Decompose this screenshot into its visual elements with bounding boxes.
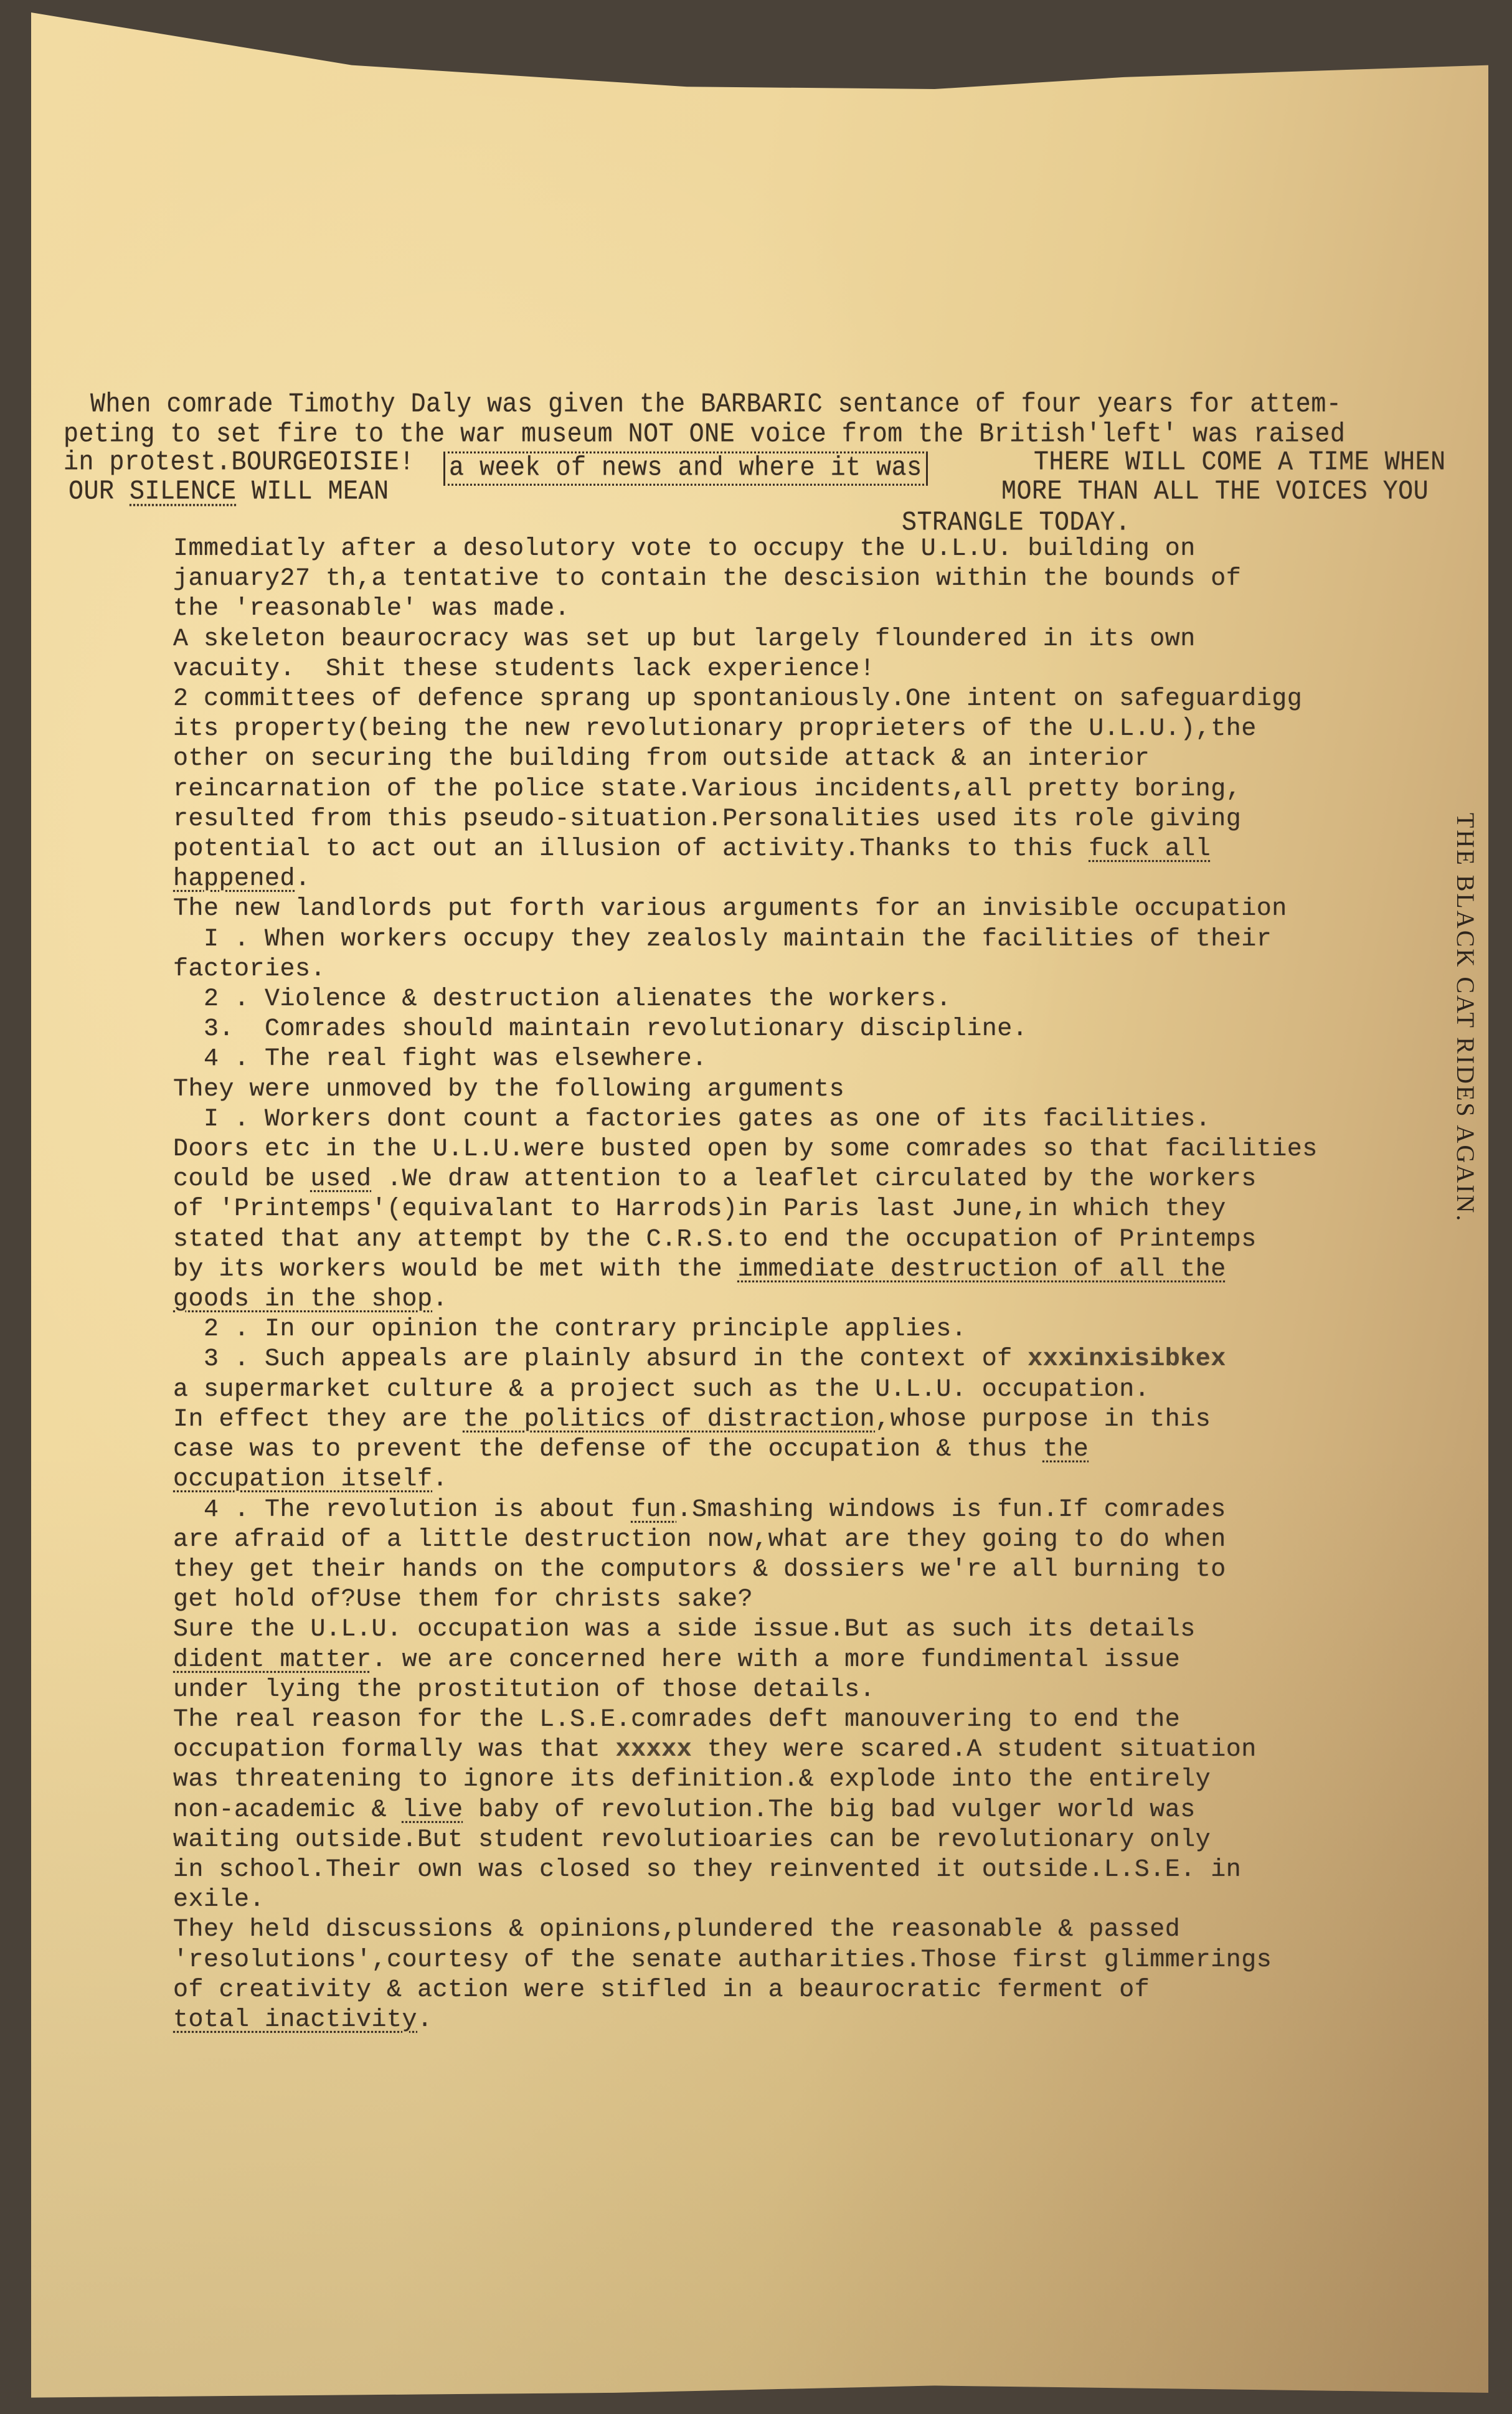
line-text: factories. <box>173 955 326 983</box>
text-line: they get their hands on the computors & … <box>173 1555 1318 1585</box>
header-line-1: When comrade Timothy Daly was given the … <box>90 389 1341 422</box>
line-text: A skeleton beaurocracy was set up but la… <box>173 625 1196 653</box>
text-line: In effect they are the politics of distr… <box>173 1405 1318 1435</box>
line-text: vacuity. Shit these students lack experi… <box>173 655 875 683</box>
line-text: a supermarket culture & a project such a… <box>173 1376 1150 1404</box>
header-line-3-right: THERE WILL COME A TIME WHEN <box>1034 447 1446 480</box>
text-line: They held discussions & opinions,plunder… <box>173 1915 1318 1945</box>
line-text: are afraid of a little destruction now,w… <box>173 1526 1226 1554</box>
line-text: january27 th,a tentative to contain the … <box>173 565 1241 593</box>
text-line: a supermarket culture & a project such a… <box>173 1375 1318 1405</box>
text-line: dident matter. we are concerned here wit… <box>173 1645 1318 1675</box>
text-line: They were unmoved by the following argum… <box>173 1075 1318 1105</box>
text-line: in school.Their own was closed so they r… <box>173 1855 1318 1885</box>
text-line: factories. <box>173 955 1318 985</box>
line-text: other on securing the building from outs… <box>173 745 1150 773</box>
text-line: get hold of?Use them for christs sake? <box>173 1585 1318 1615</box>
text-line: could be used .We draw attention to a le… <box>173 1165 1318 1195</box>
text-line: by its workers would be met with the imm… <box>173 1255 1318 1285</box>
text-line: 3. Comrades should maintain revolutionar… <box>173 1015 1318 1044</box>
line-text: get hold of?Use them for christs sake? <box>173 1586 753 1614</box>
text-line: its property(being the new revolutionary… <box>173 714 1318 744</box>
text-line: 3 . Such appeals are plainly absurd in t… <box>173 1345 1318 1375</box>
line-text: I . Workers dont count a factories gates… <box>173 1105 1211 1134</box>
line-text: . <box>295 865 311 893</box>
text-line: vacuity. Shit these students lack experi… <box>173 655 1318 684</box>
line-text: exile. <box>173 1886 265 1914</box>
text-line: of creativity & action were stifled in a… <box>173 1976 1318 2005</box>
line-text: was threatening to ignore its definition… <box>173 1766 1211 1794</box>
line-text: 2 committees of defence sprang up sponta… <box>173 685 1302 713</box>
text-line: stated that any attempt by the C.R.S.to … <box>173 1225 1318 1255</box>
line-text: the 'reasonable' was made. <box>173 595 570 623</box>
line-text: baby of revolution.The big bad vulger wo… <box>463 1796 1196 1824</box>
text-line: total inactivity. <box>173 2005 1318 2035</box>
line-text: in school.Their own was closed so they r… <box>173 1856 1241 1884</box>
text-line: Doors etc in the U.L.U.were busted open … <box>173 1135 1318 1165</box>
line-text: occupation formally was that <box>173 1736 616 1764</box>
underlined-phrase: occupation itself <box>173 1465 433 1493</box>
header-text: OUR <box>69 477 130 508</box>
underlined-phrase: the <box>1043 1436 1089 1464</box>
boxed-note: a week of news and where it was <box>443 453 928 485</box>
line-text: 2 . Violence & destruction alienates the… <box>173 985 952 1013</box>
line-text: Doors etc in the U.L.U.were busted open … <box>173 1135 1318 1163</box>
underlined-phrase: SILENCE <box>130 477 237 508</box>
line-text: waiting outside.But student revolutioari… <box>173 1826 1211 1854</box>
line-text: by its workers would be met with the <box>173 1256 738 1284</box>
line-text: The real reason for the L.S.E.comrades d… <box>173 1706 1180 1734</box>
text-line: the 'reasonable' was made. <box>173 594 1318 624</box>
header-line-4-left: OUR SILENCE WILL MEAN <box>69 476 389 509</box>
line-text: . <box>433 1465 448 1493</box>
text-line: The new landlords put forth various argu… <box>173 894 1318 924</box>
text-line: occupation formally was that xxxxx they … <box>173 1735 1318 1765</box>
text-line: waiting outside.But student revolutioari… <box>173 1825 1318 1855</box>
text-line: other on securing the building from outs… <box>173 744 1318 774</box>
body-text: Immediatly after a desolutory vote to oc… <box>173 534 1318 2035</box>
line-text: They held discussions & opinions,plunder… <box>173 1916 1180 1944</box>
line-text: .We draw attention to a leaflet circulat… <box>372 1165 1257 1193</box>
text-line: 2 committees of defence sprang up sponta… <box>173 684 1318 714</box>
line-text: . <box>417 2006 433 2034</box>
text-line: resulted from this pseudo-situation.Pers… <box>173 805 1318 835</box>
line-text: .Smashing windows is fun.If comrades <box>677 1496 1226 1524</box>
line-text: They were unmoved by the following argum… <box>173 1076 844 1104</box>
line-text: its property(being the new revolutionary… <box>173 715 1257 743</box>
underlined-phrase: immediate destruction of all the <box>738 1256 1226 1284</box>
line-text: case was to prevent the defense of the o… <box>173 1436 1043 1464</box>
line-text: under lying the prostitution of those de… <box>173 1676 875 1704</box>
line-text: 3 . Such appeals are plainly absurd in t… <box>173 1345 1028 1373</box>
text-line: 4 . The real fight was elsewhere. <box>173 1044 1318 1074</box>
line-text: resulted from this pseudo-situation.Pers… <box>173 805 1241 833</box>
struck-out-text: xxxinxisibkex <box>1028 1345 1226 1373</box>
line-text: stated that any attempt by the C.R.S.to … <box>173 1226 1257 1254</box>
line-text: In effect they are <box>173 1406 463 1434</box>
text-line: are afraid of a little destruction now,w… <box>173 1525 1318 1555</box>
underlined-phrase: total inactivity <box>173 2006 417 2034</box>
line-text: . we are concerned here with a more fund… <box>372 1646 1181 1674</box>
line-text: non-academic & <box>173 1796 402 1824</box>
text-line: january27 th,a tentative to contain the … <box>173 564 1318 594</box>
underlined-phrase: goods in the shop <box>173 1285 433 1313</box>
line-text: 'resolutions',courtesy of the senate aut… <box>173 1946 1272 1974</box>
struck-out-text: xxxxx <box>616 1736 692 1764</box>
line-text: ,whose purpose in this <box>875 1406 1211 1434</box>
text-line: potential to act out an illusion of acti… <box>173 835 1318 864</box>
text-line: under lying the prostitution of those de… <box>173 1675 1318 1705</box>
line-text: 4 . The real fight was elsewhere. <box>173 1045 707 1073</box>
text-line: non-academic & live baby of revolution.T… <box>173 1796 1318 1825</box>
text-line: I . When workers occupy they zealosly ma… <box>173 925 1318 955</box>
text-line: of 'Printemps'(equivalant to Harrods)in … <box>173 1195 1318 1224</box>
underlined-phrase: fuck all <box>1089 835 1211 863</box>
header-line-4-right: MORE THAN ALL THE VOICES YOU <box>1001 476 1429 509</box>
text-line: 2 . In our opinion the contrary principl… <box>173 1315 1318 1345</box>
line-text: potential to act out an illusion of acti… <box>173 835 1089 863</box>
line-text: they get their hands on the computors & … <box>173 1556 1226 1584</box>
underlined-phrase: dident matter <box>173 1646 372 1674</box>
side-title: THE BLACK CAT RIDES AGAIN. <box>1451 813 1480 1223</box>
boxed-note-text: a week of news and where it was <box>443 452 928 486</box>
line-text: I . When workers occupy they zealosly ma… <box>173 925 1272 954</box>
text-line: 2 . Violence & destruction alienates the… <box>173 985 1318 1015</box>
text-line: was threatening to ignore its definition… <box>173 1765 1318 1795</box>
line-text: . <box>433 1285 448 1313</box>
line-text: Immediatly after a desolutory vote to oc… <box>173 535 1196 563</box>
underlined-phrase: live <box>402 1796 463 1824</box>
text-line: 'resolutions',courtesy of the senate aut… <box>173 1946 1318 1976</box>
line-text: The new landlords put forth various argu… <box>173 895 1287 923</box>
line-text: of creativity & action were stifled in a… <box>173 1976 1150 2004</box>
text-line: Sure the U.L.U. occupation was a side is… <box>173 1615 1318 1645</box>
line-text: 2 . In our opinion the contrary principl… <box>173 1315 966 1343</box>
header-line-3-left: in protest.BOURGEOISIE! <box>64 447 415 480</box>
underlined-phrase: the politics of distraction <box>463 1406 876 1434</box>
text-line: 4 . The revolution is about fun.Smashing… <box>173 1495 1318 1525</box>
header-text: WILL MEAN <box>237 477 389 508</box>
text-line: Immediatly after a desolutory vote to oc… <box>173 534 1318 564</box>
text-line: exile. <box>173 1885 1318 1915</box>
line-text: could be <box>173 1165 311 1193</box>
underlined-phrase: used <box>311 1165 372 1193</box>
text-line: goods in the shop. <box>173 1285 1318 1315</box>
line-text: 3. Comrades should maintain revolutionar… <box>173 1015 1028 1043</box>
underlined-phrase: fun <box>631 1496 677 1524</box>
text-line: reincarnation of the police state.Variou… <box>173 775 1318 805</box>
text-line: case was to prevent the defense of the o… <box>173 1435 1318 1465</box>
text-line: I . Workers dont count a factories gates… <box>173 1105 1318 1135</box>
line-text: reincarnation of the police state.Variou… <box>173 775 1241 803</box>
line-text: 4 . The revolution is about <box>173 1496 631 1524</box>
line-text: they were scared.A student situation <box>692 1736 1257 1764</box>
text-line: occupation itself. <box>173 1465 1318 1495</box>
text-line: A skeleton beaurocracy was set up but la… <box>173 625 1318 655</box>
underlined-phrase: happened <box>173 865 295 893</box>
text-line: The real reason for the L.S.E.comrades d… <box>173 1705 1318 1735</box>
text-line: happened. <box>173 864 1318 894</box>
line-text: of 'Printemps'(equivalant to Harrods)in … <box>173 1195 1226 1223</box>
line-text: Sure the U.L.U. occupation was a side is… <box>173 1616 1196 1644</box>
